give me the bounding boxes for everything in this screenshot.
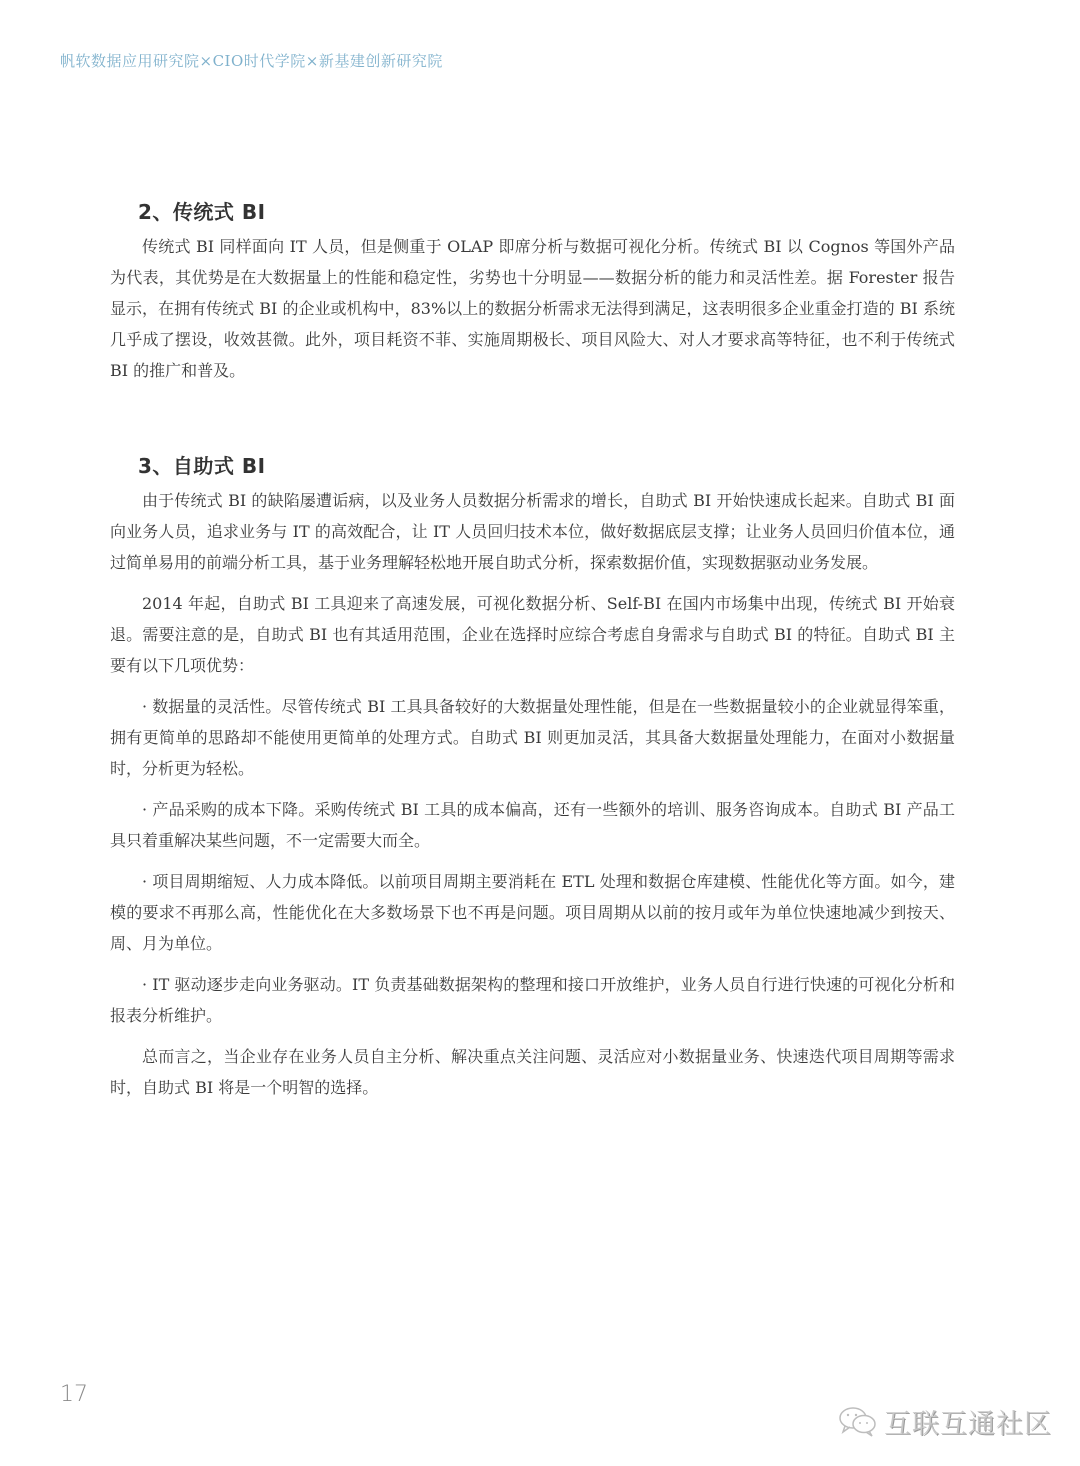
bullet-paragraph: · IT 驱动逐步走向业务驱动。IT 负责基础数据架构的整理和接口开放维护，业务… bbox=[110, 969, 955, 1031]
bullet-paragraph: · 项目周期缩短、人力成本降低。以前项目周期主要消耗在 ETL 处理和数据仓库建… bbox=[110, 866, 955, 959]
wechat-icon bbox=[838, 1405, 878, 1439]
running-header: 帆软数据应用研究院×CIO时代学院×新基建创新研究院 bbox=[60, 50, 443, 71]
bullet-paragraph: · 产品采购的成本下降。采购传统式 BI 工具的成本偏高，还有一些额外的培训、服… bbox=[110, 794, 955, 856]
section-traditional-bi: 2、传统式 BI 传统式 BI 同样面向 IT 人员，但是侧重于 OLAP 即席… bbox=[110, 196, 955, 396]
paragraph: 由于传统式 BI 的缺陷屡遭诟病，以及业务人员数据分析需求的增长，自助式 BI … bbox=[110, 485, 955, 578]
page-number: 17 bbox=[60, 1382, 88, 1407]
bullet-paragraph: · 数据量的灵活性。尽管传统式 BI 工具具备较好的大数据量处理性能，但是在一些… bbox=[110, 691, 955, 784]
section-title: 2、传统式 BI bbox=[138, 196, 955, 225]
watermark: 互联互通社区 bbox=[838, 1402, 1052, 1441]
paragraph: 传统式 BI 同样面向 IT 人员，但是侧重于 OLAP 即席分析与数据可视化分… bbox=[110, 231, 955, 386]
watermark-text: 互联互通社区 bbox=[884, 1402, 1052, 1441]
section-self-service-bi: 3、自助式 BI 由于传统式 BI 的缺陷屡遭诟病，以及业务人员数据分析需求的增… bbox=[110, 450, 955, 1113]
paragraph: 2014 年起，自助式 BI 工具迎来了高速发展，可视化数据分析、Self-BI… bbox=[110, 588, 955, 681]
section-title: 3、自助式 BI bbox=[138, 450, 955, 479]
paragraph: 总而言之，当企业存在业务人员自主分析、解决重点关注问题、灵活应对小数据量业务、快… bbox=[110, 1041, 955, 1103]
